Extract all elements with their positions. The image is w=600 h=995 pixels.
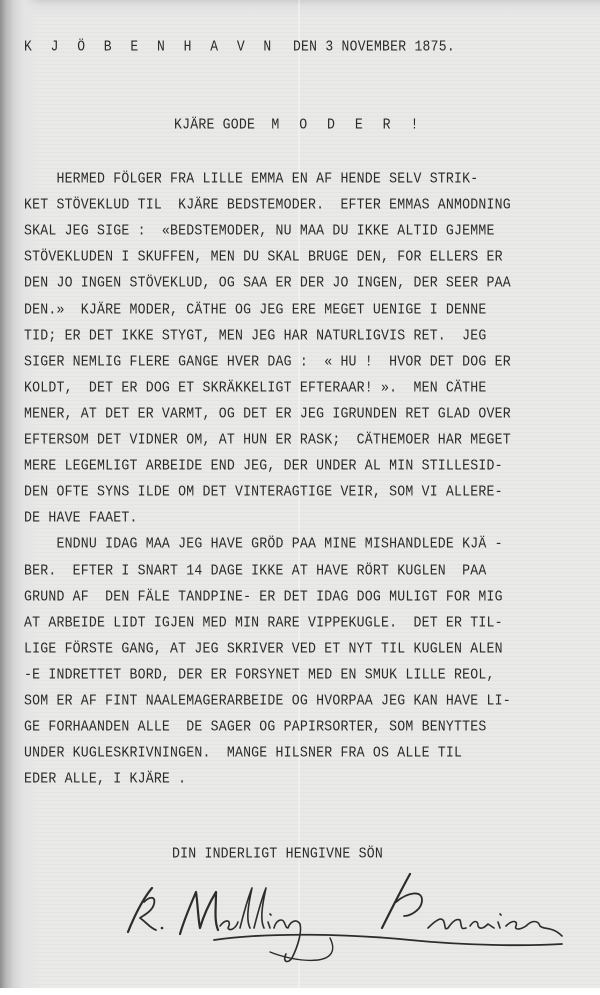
letter-body-line: EDER ALLE, I KJÄRE . xyxy=(24,770,186,787)
letter-body-line: GE FORHAANDEN ALLE DE SAGER OG PAPIRSORT… xyxy=(24,718,487,735)
letter-body-line: SOM ER AF FINT NAALEMAGERARBEIDE OG HVOR… xyxy=(24,692,511,709)
closing-line: DIN INDERLIGT HENGIVNE SÖN xyxy=(172,845,383,862)
letter-page: K J Ö B E N H A V N DEN 3 NOVEMBER 1875.… xyxy=(0,0,600,988)
dateline-city: K J Ö B E N H A V N xyxy=(24,38,277,55)
handwritten-signature xyxy=(110,862,590,982)
dateline-date: DEN 3 NOVEMBER 1875. xyxy=(293,38,455,55)
letter-body-line: DEN OFTE SYNS ILDE OM DET VINTERAGTIGE V… xyxy=(24,483,503,500)
letter-body-line: SIGER NEMLIG FLERE GANGE HVER DAG : « HU… xyxy=(24,353,511,370)
letter-body-line: KET STÖVEKLUD TIL KJÄRE BEDSTEMODER. EFT… xyxy=(24,196,511,213)
letter-body-line: SKAL JEG SIGE : «BEDSTEMODER, NU MAA DU … xyxy=(24,222,495,239)
salutation-word: M O D E R ! xyxy=(271,116,424,133)
letter-body-line: DE HAVE FAAET. xyxy=(24,509,138,526)
letter-body-line: MERE LEGEMLIGT ARBEIDE END JEG, DER UNDE… xyxy=(24,457,503,474)
letter-body-line: MENER, AT DET ER VARMT, OG DET ER JEG IG… xyxy=(24,405,511,422)
dateline: K J Ö B E N H A V N DEN 3 NOVEMBER 1875. xyxy=(24,38,455,55)
letter-body-line: LIGE FÖRSTE GANG, AT JEG SKRIVER VED ET … xyxy=(24,640,503,657)
letter-body-line: TID; ER DET IKKE STYGT, MEN JEG HAR NATU… xyxy=(24,327,487,344)
letter-body-line: DEN.» KJÄRE MODER, CÄTHE OG JEG ERE MEGE… xyxy=(24,301,487,318)
letter-body-line: UNDER KUGLESKRIVNINGEN. MANGE HILSNER FR… xyxy=(24,744,462,761)
letter-body-line: EFTERSOM DET VIDNER OM, AT HUN ER RASK; … xyxy=(24,431,511,448)
letter-body-line: HERMED FÖLGER FRA LILLE EMMA EN AF HENDE… xyxy=(24,170,478,187)
letter-body-line: -E INDRETTET BORD, DER ER FORSYNET MED E… xyxy=(24,666,495,683)
letter-body-line: STÖVEKLUDEN I SKUFFEN, MEN DU SKAL BRUGE… xyxy=(24,248,503,265)
letter-body-line: KOLDT, DET ER DOG ET SKRÄKKELIGT EFTERAA… xyxy=(24,379,487,396)
salutation: KJÄRE GODE M O D E R ! xyxy=(174,116,424,133)
signature-icon xyxy=(110,862,590,982)
letter-body-line: DEN JO INGEN STÖVEKLUD, OG SAA ER DER JO… xyxy=(24,274,511,291)
letter-body-line: GRUND AF DEN FÄLE TANDPINE- ER DET IDAG … xyxy=(24,588,503,605)
letter-body-line: ENDNU IDAG MAA JEG HAVE GRÖD PAA MINE MI… xyxy=(24,535,503,552)
salutation-prefix: KJÄRE GODE xyxy=(174,116,255,133)
letter-body-line: BER. EFTER I SNART 14 DAGE IKKE AT HAVE … xyxy=(24,562,487,579)
letter-body-line: AT ARBEIDE LIDT IGJEN MED MIN RARE VIPPE… xyxy=(24,614,503,631)
